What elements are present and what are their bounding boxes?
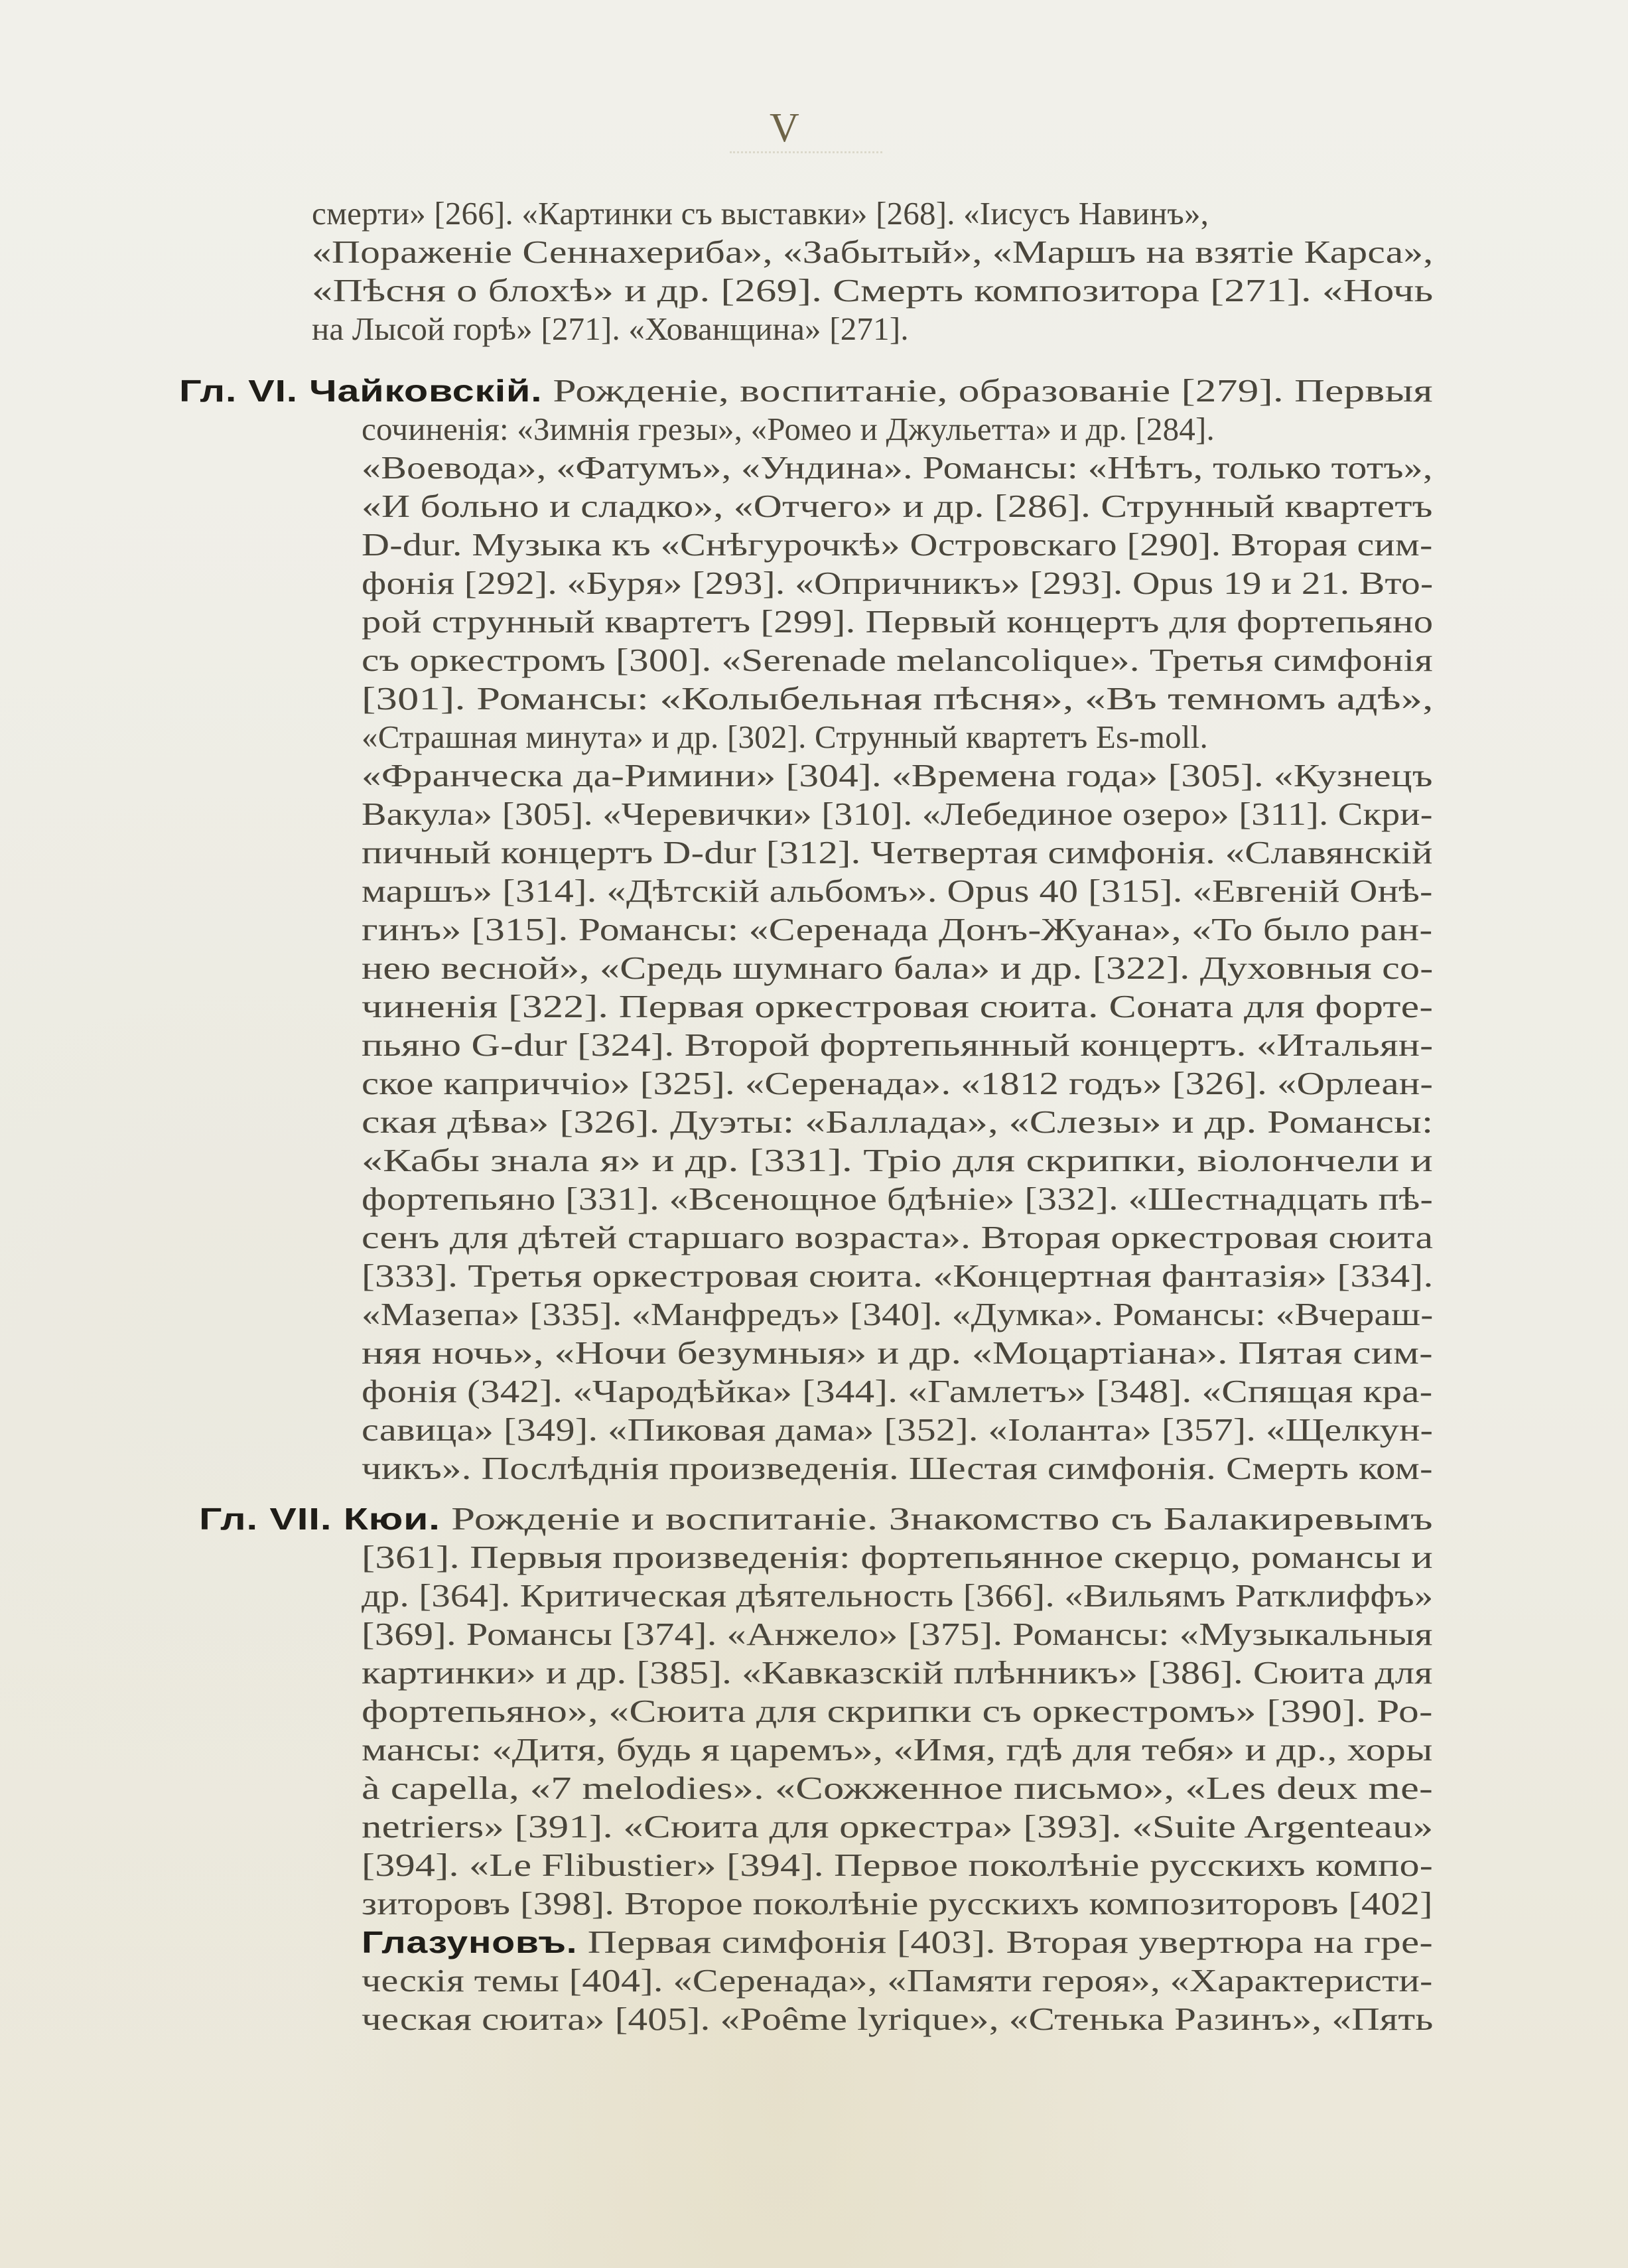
text-line: Рожденіе, воспитаніе, образованіе [279].…	[553, 372, 1432, 409]
text-line: смерти» [266]. «Картинки съ выставки» [2…	[312, 194, 1433, 233]
text-line: ческія темы [404]. «Серенада», «Памяти г…	[362, 1961, 1433, 2000]
text-line: др. [364]. Критическая дѣятельность [366…	[362, 1577, 1433, 1615]
text-line: «Страшная минута» и др. [302]. Струнный …	[362, 718, 1208, 756]
text-line: чикъ». Послѣднія произведенія. Шестая си…	[362, 1449, 1433, 1488]
text-line: [301]. Романсы: «Колыбельная пѣсня», «Въ…	[362, 679, 1434, 718]
text-line: сочиненія: «Зимнія грезы», «Ромео и Джул…	[362, 410, 1215, 449]
text-line: савица» [349]. «Пиковая дама» [352]. «Іо…	[362, 1411, 1433, 1449]
text-line: гинъ» [315]. Романсы: «Серенада Донъ-Жуа…	[362, 910, 1432, 949]
text-line: netriers» [391]. «Сюита для оркестра» [3…	[362, 1807, 1433, 1846]
text-line: зиторовъ [398]. Второе поколѣніе русских…	[362, 1884, 1433, 1923]
text-line: фонія [292]. «Буря» [293]. «Опричникъ» […	[362, 564, 1433, 602]
text-line: «И больно и сладко», «Отчего» и др. [286…	[362, 487, 1433, 526]
subsection-heading: Глазуновъ.	[362, 1925, 577, 1959]
text-line: фортепьяно», «Сюита для скрипки съ оркес…	[362, 1692, 1433, 1731]
text-line: [361]. Первыя произведенія: фортепьянное…	[362, 1538, 1433, 1577]
text-line: ское каприччіо» [325]. «Серенада». «1812…	[362, 1064, 1433, 1103]
text-line: ская дѣва» [326]. Дуэты: «Баллада», «Сле…	[362, 1103, 1433, 1141]
text-line: «Мазепа» [335]. «Манфредъ» [340]. «Думка…	[362, 1295, 1433, 1334]
page-number: V	[770, 105, 799, 152]
text-line: «Пораженіе Сеннахериба», «Забытый», «Мар…	[312, 233, 1433, 271]
chapter-heading: Гл. VI. Чайковскій.	[179, 374, 542, 408]
text-line: «Франческа да-Римини» [304]. «Времена го…	[362, 756, 1433, 795]
text-line: съ оркестромъ [300]. «Serenade melancoli…	[362, 641, 1433, 679]
text-line: Первая симфонія [403]. Вторая увертюра н…	[588, 1924, 1433, 1960]
text-line: картинки» и др. [385]. «Кавказскій плѣнн…	[362, 1654, 1433, 1692]
text-line: D-dur. Музыка къ «Снѣгурочкѣ» Островскаг…	[362, 526, 1433, 564]
text-line: «Воевода», «Фатумъ», «Ундина». Романсы: …	[362, 449, 1433, 487]
header-rule	[730, 151, 882, 153]
text-line: рой струнный квартетъ [299]. Первый конц…	[362, 602, 1433, 641]
text-line: няя ночь», «Ночи безумныя» и др. «Моцарт…	[362, 1334, 1433, 1372]
text-line: [369]. Романсы [374]. «Анжело» [375]. Ро…	[362, 1615, 1433, 1654]
text-line: «Кабы знала я» и др. [331]. Тріо для скр…	[362, 1141, 1433, 1180]
text-line: на Лысой горѣ» [271]. «Хованщина» [271].	[312, 310, 909, 348]
text-line: ческая сюита» [405]. «Poême lyrique», «С…	[362, 2000, 1434, 2038]
text-line: маршъ» [314]. «Дѣтскій альбомъ». Opus 40…	[362, 872, 1433, 910]
text-line: [333]. Третья оркестровая сюита. «Концер…	[362, 1257, 1434, 1295]
text-line: фортепьяно [331]. «Всенощное бдѣніе» [33…	[362, 1180, 1433, 1218]
text-line: чиненія [322]. Первая оркестровая сюита.…	[362, 987, 1433, 1026]
text-line: Рожденіе и воспитаніе. Знакомство съ Бал…	[451, 1500, 1433, 1537]
text-line: сенъ для дѣтей старшаго возраста». Втора…	[362, 1218, 1433, 1257]
chapter-heading: Гл. VII. Кюи.	[199, 1502, 441, 1536]
text-line: пичный концертъ D-dur [312]. Четвертая с…	[362, 833, 1433, 872]
text-line: фонія (342]. «Чародѣйка» [344]. «Гамлетъ…	[362, 1372, 1433, 1411]
text-line: «Пѣсня о блохѣ» и др. [269]. Смерть комп…	[312, 271, 1433, 310]
text-line: Вакула» [305]. «Черевички» [310]. «Лебед…	[362, 795, 1433, 833]
text-line: мансы: «Дитя, будь я царемъ», «Имя, гдѣ …	[362, 1731, 1433, 1769]
text-line: [394]. «Le Flibustier» [394]. Первое пок…	[362, 1846, 1433, 1884]
text-line: пьяно G-dur [324]. Второй фортепьянный к…	[362, 1026, 1433, 1064]
text-line: à capella, «7 melodies». «Сожженное пись…	[362, 1769, 1433, 1807]
text-line: нею весной», «Средь шумнаго бала» и др. …	[362, 949, 1433, 987]
